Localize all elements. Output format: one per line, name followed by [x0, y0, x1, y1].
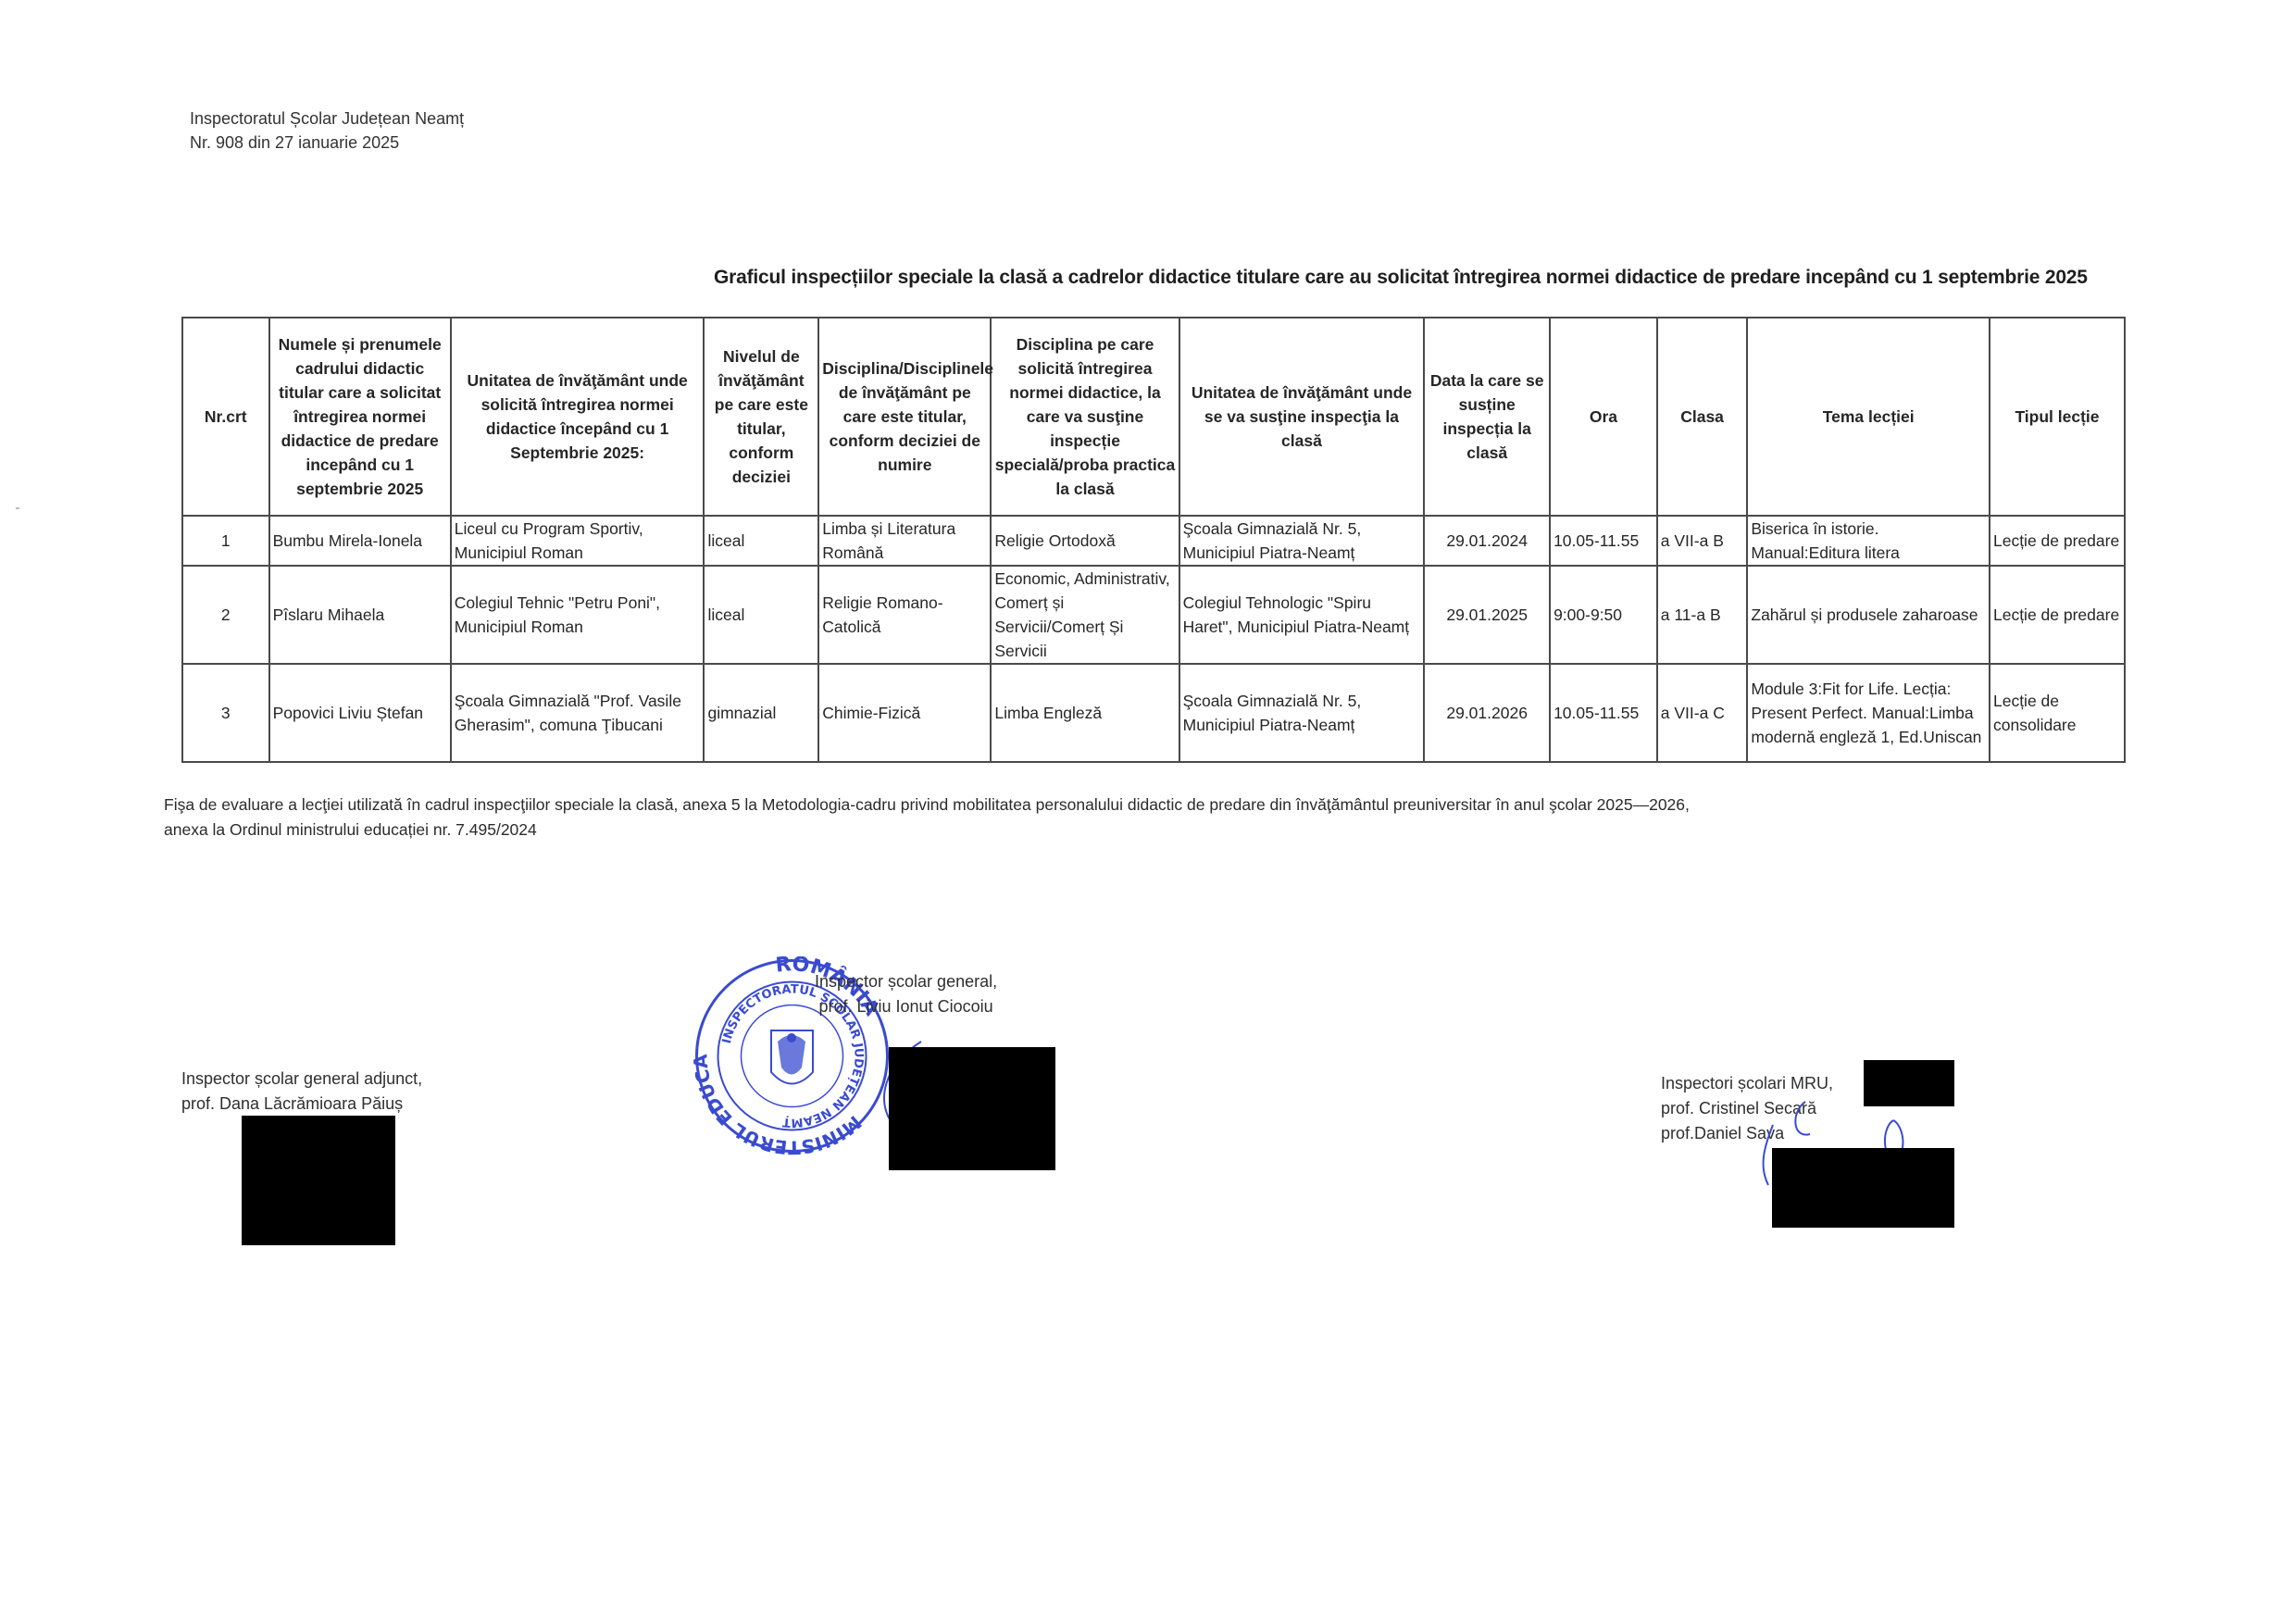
signature-deputy-role: Inspector școlar general adjunct, — [181, 1067, 422, 1092]
col-header-time: Ora — [1550, 318, 1657, 516]
cell-inspection-unit: Colegiul Tehnologic "Spiru Haret", Munic… — [1179, 566, 1425, 664]
redacted-signature — [1772, 1148, 1954, 1228]
cell-discipline-requested: Economic, Administrativ, Comerț și Servi… — [991, 566, 1179, 664]
cell-time: 10.05-11.55 — [1550, 664, 1657, 762]
cell-nr: 1 — [182, 516, 269, 566]
col-header-unit-requested: Unitatea de învăţământ unde solicită înt… — [451, 318, 705, 516]
cell-discipline-titular: Limba și Literatura Română — [818, 516, 991, 566]
cell-class: a VII-a C — [1657, 664, 1748, 762]
table-header-row: Nr.crt Numele și prenumele cadrului dida… — [182, 318, 2125, 516]
signature-deputy: Inspector școlar general adjunct, prof. … — [181, 1067, 422, 1117]
col-header-lesson-type: Tipul lecție — [1990, 318, 2125, 516]
cell-lesson-topic: Module 3:Fit for Life. Lecția: Present P… — [1747, 664, 1990, 762]
signature-general-role: Inspector școlar general, — [815, 969, 997, 994]
cell-date: 29.01.2026 — [1424, 664, 1550, 762]
table-row: 1 Bumbu Mirela-Ionela Liceul cu Program … — [182, 516, 2125, 566]
cell-level: gimnazial — [704, 664, 818, 762]
document-title: Graficul inspecțiilor speciale la clasă … — [714, 267, 2088, 289]
cell-lesson-type: Lecție de predare — [1990, 566, 2125, 664]
cell-discipline-requested: Limba Engleză — [991, 664, 1179, 762]
col-header-class: Clasa — [1657, 318, 1748, 516]
cell-level: liceal — [704, 566, 818, 664]
cell-class: a 11-a B — [1657, 566, 1748, 664]
footnote-line-1: Fişa de evaluare a lecţiei utilizată în … — [164, 793, 1690, 818]
cell-time: 9:00-9:50 — [1550, 566, 1657, 664]
col-header-lesson-topic: Tema lecției — [1747, 318, 1990, 516]
cell-unit-requested: Şcoala Gimnazială "Prof. Vasile Gherasim… — [451, 664, 705, 762]
cell-nr: 2 — [182, 566, 269, 664]
cell-name: Popovici Liviu Ștefan — [269, 664, 451, 762]
cell-lesson-type: Lecție de predare — [1990, 516, 2125, 566]
col-header-nr: Nr.crt — [182, 318, 269, 516]
signature-general-name: prof. Liviu Ionut Ciocoiu — [815, 994, 997, 1019]
cell-discipline-requested: Religie Ortodoxă — [991, 516, 1179, 566]
cell-discipline-titular: Religie Romano-Catolică — [818, 566, 991, 664]
cell-inspection-unit: Şcoala Gimnazială Nr. 5, Municipiul Piat… — [1179, 516, 1425, 566]
signature-general: Inspector școlar general, prof. Liviu Io… — [815, 969, 997, 1019]
registration-number: Nr. 908 din 27 ianuarie 2025 — [190, 131, 399, 155]
cell-nr: 3 — [182, 664, 269, 762]
cell-date: 29.01.2025 — [1424, 566, 1550, 664]
col-header-name: Numele și prenumele cadrului didactic ti… — [269, 318, 451, 516]
cell-unit-requested: Liceul cu Program Sportiv, Municipiul Ro… — [451, 516, 705, 566]
cell-name: Bumbu Mirela-Ionela — [269, 516, 451, 566]
redacted-signature — [889, 1047, 1055, 1170]
cell-name: Pîslaru Mihaela — [269, 566, 451, 664]
cell-unit-requested: Colegiul Tehnic "Petru Poni", Municipiul… — [451, 566, 705, 664]
institution-name: Inspectoratul Școlar Județean Neamț — [190, 106, 464, 131]
table-row: 3 Popovici Liviu Ștefan Şcoala Gimnazial… — [182, 664, 2125, 762]
col-header-discipline-requested: Disciplina pe care solicită întregirea n… — [991, 318, 1179, 516]
redacted-signature — [242, 1116, 395, 1245]
cell-level: liceal — [704, 516, 818, 566]
cell-class: a VII-a B — [1657, 516, 1748, 566]
col-header-discipline-titular: Disciplina/Disciplinele de învăţământ pe… — [818, 318, 991, 516]
redacted-signature — [1864, 1060, 1954, 1106]
footnote-line-2: anexa la Ordinul ministrului educației n… — [164, 818, 537, 843]
table-row: 2 Pîslaru Mihaela Colegiul Tehnic "Petru… — [182, 566, 2125, 664]
cell-discipline-titular: Chimie-Fizică — [818, 664, 991, 762]
col-header-inspection-unit: Unitatea de învăţământ unde se va susţin… — [1179, 318, 1425, 516]
signature-deputy-name: prof. Dana Lăcrămioara Păiuș — [181, 1092, 422, 1117]
cell-inspection-unit: Şcoala Gimnazială Nr. 5, Municipiul Piat… — [1179, 664, 1425, 762]
scan-mark — [16, 507, 19, 509]
cell-date: 29.01.2024 — [1424, 516, 1550, 566]
cell-lesson-topic: Zahărul și produsele zaharoase — [1747, 566, 1990, 664]
cell-lesson-topic: Biserica în istorie. Manual:Editura lite… — [1747, 516, 1990, 566]
col-header-date: Data la care se susține inspecția la cla… — [1424, 318, 1550, 516]
col-header-level: Nivelul de învăţământ pe care este titul… — [704, 318, 818, 516]
inspection-schedule-table: Nr.crt Numele și prenumele cadrului dida… — [181, 317, 2126, 763]
cell-lesson-type: Lecție de consolidare — [1990, 664, 2125, 762]
cell-time: 10.05-11.55 — [1550, 516, 1657, 566]
